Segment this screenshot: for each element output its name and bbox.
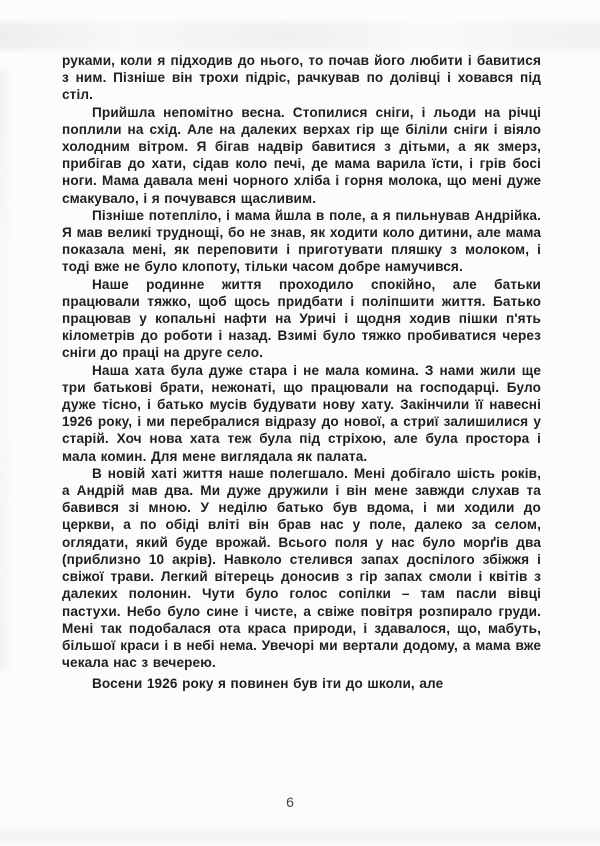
page-number: 6 <box>45 794 535 810</box>
page-text-block: руками, коли я підходив до нього, то поч… <box>62 52 541 693</box>
scan-smudge-left <box>0 70 8 670</box>
paragraph: Наша хата була дуже стара і не мала коми… <box>62 362 541 465</box>
paragraph-continuation: руками, коли я підходив до нього, то поч… <box>62 52 541 104</box>
paragraph: Восени 1926 року я повинен був іти до шк… <box>62 675 541 692</box>
paragraph: Пізніше потепліло, і мама йшла в поле, а… <box>62 207 541 276</box>
paragraph: Прийшла непомітно весна. Стопилися сніги… <box>62 104 541 207</box>
paragraph: В новій хаті життя наше полегшало. Мені … <box>62 465 541 671</box>
paragraph: Наше родинне життя проходило спокійно, а… <box>62 276 541 362</box>
scan-smudge-bottom <box>0 830 600 842</box>
scan-smudge-top <box>0 22 600 50</box>
scanned-book-page: руками, коли я підходив до нього, то поч… <box>0 0 600 846</box>
